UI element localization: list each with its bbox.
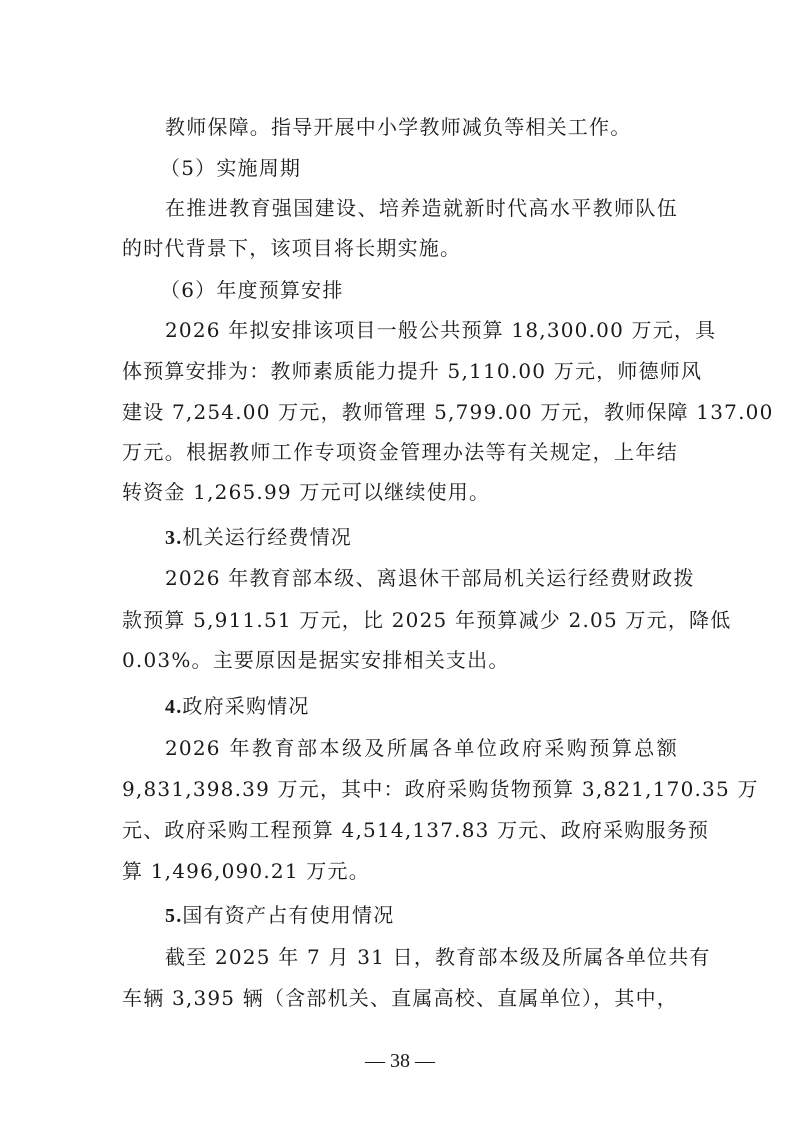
- page-number: — 38 —: [0, 1050, 800, 1073]
- paragraph-line: 算 1,496,090.21 万元。: [122, 858, 678, 884]
- paragraph-line: 元、政府采购工程预算 4,514,137.83 万元、政府采购服务预: [122, 817, 678, 843]
- paragraph-line: 教师保障。指导开展中小学教师减负等相关工作。: [165, 114, 678, 140]
- paragraph-line: 建设 7,254.00 万元，教师管理 5,799.00 万元，教师保障 137…: [122, 399, 678, 425]
- section-number: 4.: [165, 696, 182, 718]
- paragraph-line: 截至 2025 年 7 月 31 日，教育部本级及所属各单位共有: [165, 944, 678, 970]
- section-title: 国有资产占有使用情况: [182, 903, 394, 927]
- section-title: 政府采购情况: [182, 694, 309, 718]
- paragraph-line: 万元。根据教师工作专项资金管理办法等有关规定，上年结: [122, 439, 678, 465]
- section-heading-operating-expenses: 3.机关运行经费情况: [165, 524, 678, 551]
- section-heading-government-procurement: 4.政府采购情况: [165, 693, 678, 720]
- paragraph-line: 2026 年教育部本级及所属各单位政府采购预算总额: [165, 735, 678, 761]
- section-title: 机关运行经费情况: [182, 525, 352, 549]
- paragraph-line: 在推进教育强国建设、培养造就新时代高水平教师队伍: [165, 195, 678, 221]
- paragraph-line: 转资金 1,265.99 万元可以继续使用。: [122, 479, 678, 505]
- subheading-implementation-period: （5）实施周期: [160, 155, 673, 181]
- section-heading-state-assets: 5.国有资产占有使用情况: [165, 902, 678, 929]
- paragraph-line: 的时代背景下，该项目将长期实施。: [122, 235, 678, 261]
- section-number: 5.: [165, 905, 182, 927]
- paragraph-line: 款预算 5,911.51 万元，比 2025 年预算减少 2.05 万元，降低: [122, 607, 678, 633]
- document-page: 教师保障。指导开展中小学教师减负等相关工作。 （5）实施周期 在推进教育强国建设…: [0, 0, 800, 1131]
- paragraph-line: 2026 年拟安排该项目一般公共预算 18,300.00 万元，具: [165, 317, 678, 343]
- section-number: 3.: [165, 527, 182, 549]
- subheading-annual-budget: （6）年度预算安排: [160, 277, 673, 303]
- paragraph-line: 0.03%。主要原因是据实安排相关支出。: [122, 647, 678, 673]
- paragraph-line: 9,831,398.39 万元，其中：政府采购货物预算 3,821,170.35…: [122, 776, 678, 802]
- paragraph-line: 体预算安排为：教师素质能力提升 5,110.00 万元，师德师风: [122, 358, 678, 384]
- paragraph-line: 2026 年教育部本级、离退休干部局机关运行经费财政拨: [165, 565, 678, 591]
- paragraph-line: 车辆 3,395 辆（含部机关、直属高校、直属单位），其中，: [122, 985, 678, 1011]
